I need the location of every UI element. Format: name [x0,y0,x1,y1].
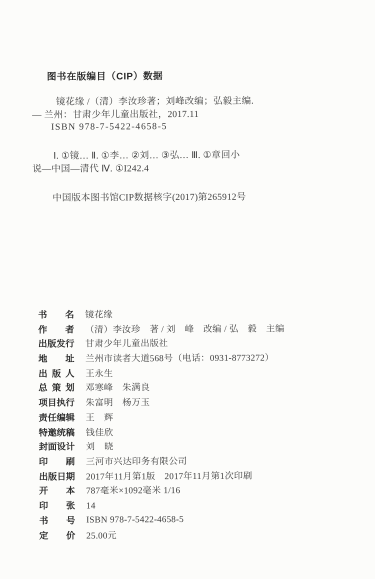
colophon-row-label: 印张 [39,499,75,512]
colophon-row-value: 14 [86,500,95,510]
label-char: 任 [48,411,57,424]
colophon-row-value: 787毫米×1092毫米 1/16 [86,484,180,497]
label-char: 名 [65,307,74,320]
cip-record-isbn-line: ISBN 978-7-5422-4658-5 [51,122,167,134]
colophon-row-label: 书号 [39,514,75,527]
cip-registry-line: 中国版本图书馆CIP数据核字(2017)第265912号 [52,193,246,205]
label-char: 版 [52,366,61,379]
label-char: 辑 [66,410,75,423]
colophon-row-value: 25.00元 [86,528,117,541]
label-char: 印 [39,455,48,468]
colophon-row: 出版发行 甘肃少年儿童出版社 [38,335,348,351]
colophon-row: 责任编辑 王 辉 [39,408,349,424]
scanned-page-content: 图书在版编目（CIP）数据 镜花缘 /（清）李汝珍著；刘峰改编；弘毅主编. — … [0,0,375,579]
label-char: 印 [39,499,48,512]
label-char: 统 [57,425,66,438]
colophon-row: 出版人 王永生 [38,364,348,380]
colophon-row: 总策划 邓寒峰 朱满良 [38,379,348,395]
label-char: 本 [66,484,75,497]
label-char: 发 [56,337,65,350]
label-char: 编 [57,411,66,424]
label-char: 张 [66,499,75,512]
label-char: 稿 [66,425,75,438]
label-char: 期 [66,469,75,482]
label-char: 者 [65,322,74,335]
copyright-page: 图书在版编目（CIP）数据 镜花缘 /（清）李汝珍著；刘峰改编；弘毅主编. — … [0,0,375,579]
colophon-row-label: 出版人 [38,366,74,379]
colophon-row-label: 书名 [38,307,74,320]
label-char: 邀 [48,425,57,438]
label-char: 书 [39,514,48,527]
label-char: 号 [66,514,75,527]
label-char: 面 [48,440,57,453]
colophon-row-value: 甘肃少年儿童出版社 [85,336,168,349]
label-char: 计 [66,440,75,453]
colophon-row-label: 定价 [39,528,75,541]
colophon-row-value: 2017年11月第1版 2017年11月第1次印刷 [86,468,252,482]
cip-classification-line-1: Ⅰ. ①镜… Ⅱ. ①李… ②刘… ③弘… Ⅲ. ①章回小 [53,151,240,163]
cip-classification-line-2: 说—中国—清代 Ⅳ. ①I242.4 [32,164,149,176]
colophon-row-value: 兰州市读者大道568号（电话：0931-8773272） [85,351,274,365]
colophon-row-label: 封面设计 [39,440,75,453]
label-char: 地 [38,352,47,365]
label-char: 刷 [66,455,75,468]
label-char: 执 [57,396,66,409]
cip-heading: 图书在版编目（CIP）数据 [47,68,163,83]
colophon-row-value: 王永生 [85,366,113,379]
label-char: 出 [39,469,48,482]
colophon-row: 书号 ISBN 978-7-5422-4658-5 [39,511,349,527]
colophon-row: 特邀统稿 钱佳欣 [39,423,349,439]
cip-record-line-2: — 兰州：甘肃少年儿童出版社，2017.11 [32,110,199,122]
label-char: 项 [39,396,48,409]
colophon-row: 定价 25.00元 [39,526,349,542]
label-char: 设 [57,440,66,453]
label-char: 策 [52,381,61,394]
label-char: 价 [66,528,75,541]
label-char: 定 [39,528,48,541]
colophon-row-value: 邓寒峰 朱满良 [85,381,149,394]
label-char: 版 [47,337,56,350]
colophon-row: 书名 镜花缘 [38,305,348,321]
colophon-row: 封面设计 刘 晓 [39,438,349,454]
label-char: 开 [39,484,48,497]
colophon-row: 开本 787毫米×1092毫米 1/16 [39,482,349,498]
colophon-row-label: 项目执行 [39,396,75,409]
colophon-row: 项目执行 朱富明 杨万玉 [39,393,349,409]
colophon-row: 印刷 三河市兴达印务有限公司 [39,452,349,468]
colophon-row: 作者 （清）李汝珍 著 / 刘 峰 改编 / 弘 毅 主编 [38,320,348,336]
label-char: 划 [65,381,74,394]
label-char: 日 [57,469,66,482]
colophon-table: 书名 镜花缘 作者 （清）李汝珍 著 / 刘 峰 改编 / 弘 毅 主编 出版发… [38,305,349,542]
label-char: 目 [48,396,57,409]
cip-record-line-1: 镜花缘 /（清）李汝珍著；刘峰改编；弘毅主编. [56,97,254,109]
colophon-row-label: 印刷 [39,455,75,468]
label-char: 书 [38,308,47,321]
label-char: 封 [39,440,48,453]
colophon-row-label: 出版日期 [39,469,75,482]
label-char: 人 [65,366,74,379]
colophon-row-value: 三河市兴达印务有限公司 [86,454,187,468]
label-char: 行 [66,396,75,409]
colophon-row-label: 特邀统稿 [39,425,75,438]
label-char: 特 [39,425,48,438]
colophon-row: 印张 14 [39,497,349,513]
colophon-row-value: 王 辉 [86,410,114,423]
colophon-row-label: 出版发行 [38,337,74,350]
colophon-row-label: 总策划 [38,381,74,394]
label-char: 出 [38,337,47,350]
label-char: 行 [65,337,74,350]
colophon-row-label: 作者 [38,322,74,335]
colophon-row-value: 钱佳欣 [86,425,114,438]
colophon-row-label: 开本 [39,484,75,497]
label-char: 责 [39,411,48,424]
label-char: 出 [38,366,47,379]
colophon-row-value: ISBN 978-7-5422-4658-5 [86,514,184,525]
label-char: 总 [38,381,47,394]
colophon-row-value: 镜花缘 [85,307,113,320]
label-char: 作 [38,322,47,335]
colophon-row-label: 责任编辑 [39,410,75,423]
label-char: 版 [48,469,57,482]
colophon-row: 地址 兰州市读者大道568号（电话：0931-8773272） [38,349,348,365]
colophon-row-value: 朱富明 杨万玉 [86,395,150,408]
colophon-row-label: 地址 [38,352,74,365]
colophon-row-value: 刘 晓 [86,440,114,453]
colophon-row-value: （清）李汝珍 著 / 刘 峰 改编 / 弘 毅 主编 [85,321,284,335]
label-char: 址 [65,352,74,365]
colophon-row: 出版日期 2017年11月第1版 2017年11月第1次印刷 [39,467,349,483]
